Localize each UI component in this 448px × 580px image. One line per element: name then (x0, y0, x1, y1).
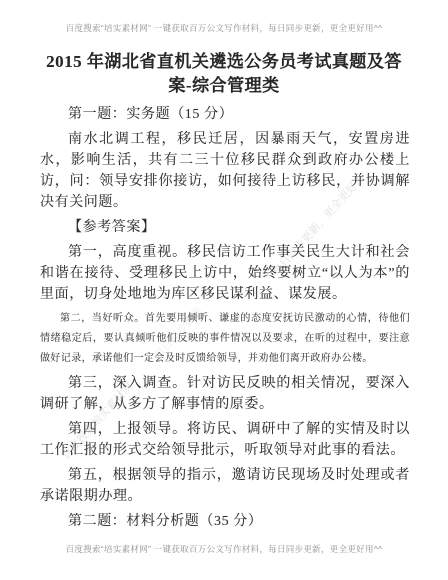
footer-promo-note: 百度搜索“培实素材网” 一键获取百万公文写作材料，每日同步更新，更全更好用^^ (0, 543, 448, 555)
document-body: 第一题：实务题（15 分） 南水北调工程，移民迁居，因暴雨天气，安置房进水，影响… (40, 100, 410, 536)
answer-point-1: 第一，高度重视。移民信访工作事关民生大计和社会和谐在接待、受理移民上访中，始终要… (40, 242, 410, 305)
reference-answer-label: 【参考答案】 (40, 217, 410, 238)
answer-point-5: 第五，根据领导的指示，邀请访民现场及时处理或者承诺限期办理。 (40, 465, 410, 507)
question-2-heading: 第二题：材料分析题（35 分） (40, 511, 410, 532)
answer-point-3: 第三，深入调查。针对访民反映的相关情况，要深入调研了解，从多方了解事情的原委。 (40, 373, 410, 415)
answer-point-2: 第二，当好听众。首先要用倾听、谦虚的态度安抚访民激动的心情，待他们情绪稳定后，要… (40, 309, 410, 369)
document-page: 百度搜索“培实素材网” 一键获取百万公文写作材料，每日同步更新，更全更好用^^ … (0, 0, 448, 580)
question-1-text: 南水北调工程，移民迁居，因暴雨天气，安置房进水，影响生活，共有二三十位移民群众到… (40, 129, 410, 213)
question-1-heading: 第一题：实务题（15 分） (40, 104, 410, 125)
answer-point-4: 第四，上报领导。将访民、调研中了解的实情及时以工作汇报的形式交给领导批示，听取领… (40, 419, 410, 461)
document-title: 2015 年湖北省直机关遴选公务员考试真题及答案-综合管理类 (44, 50, 404, 98)
header-promo-note: 百度搜索“培实素材网” 一键获取百万公文写作材料，每日同步更新，更全更好用^^ (0, 22, 448, 34)
